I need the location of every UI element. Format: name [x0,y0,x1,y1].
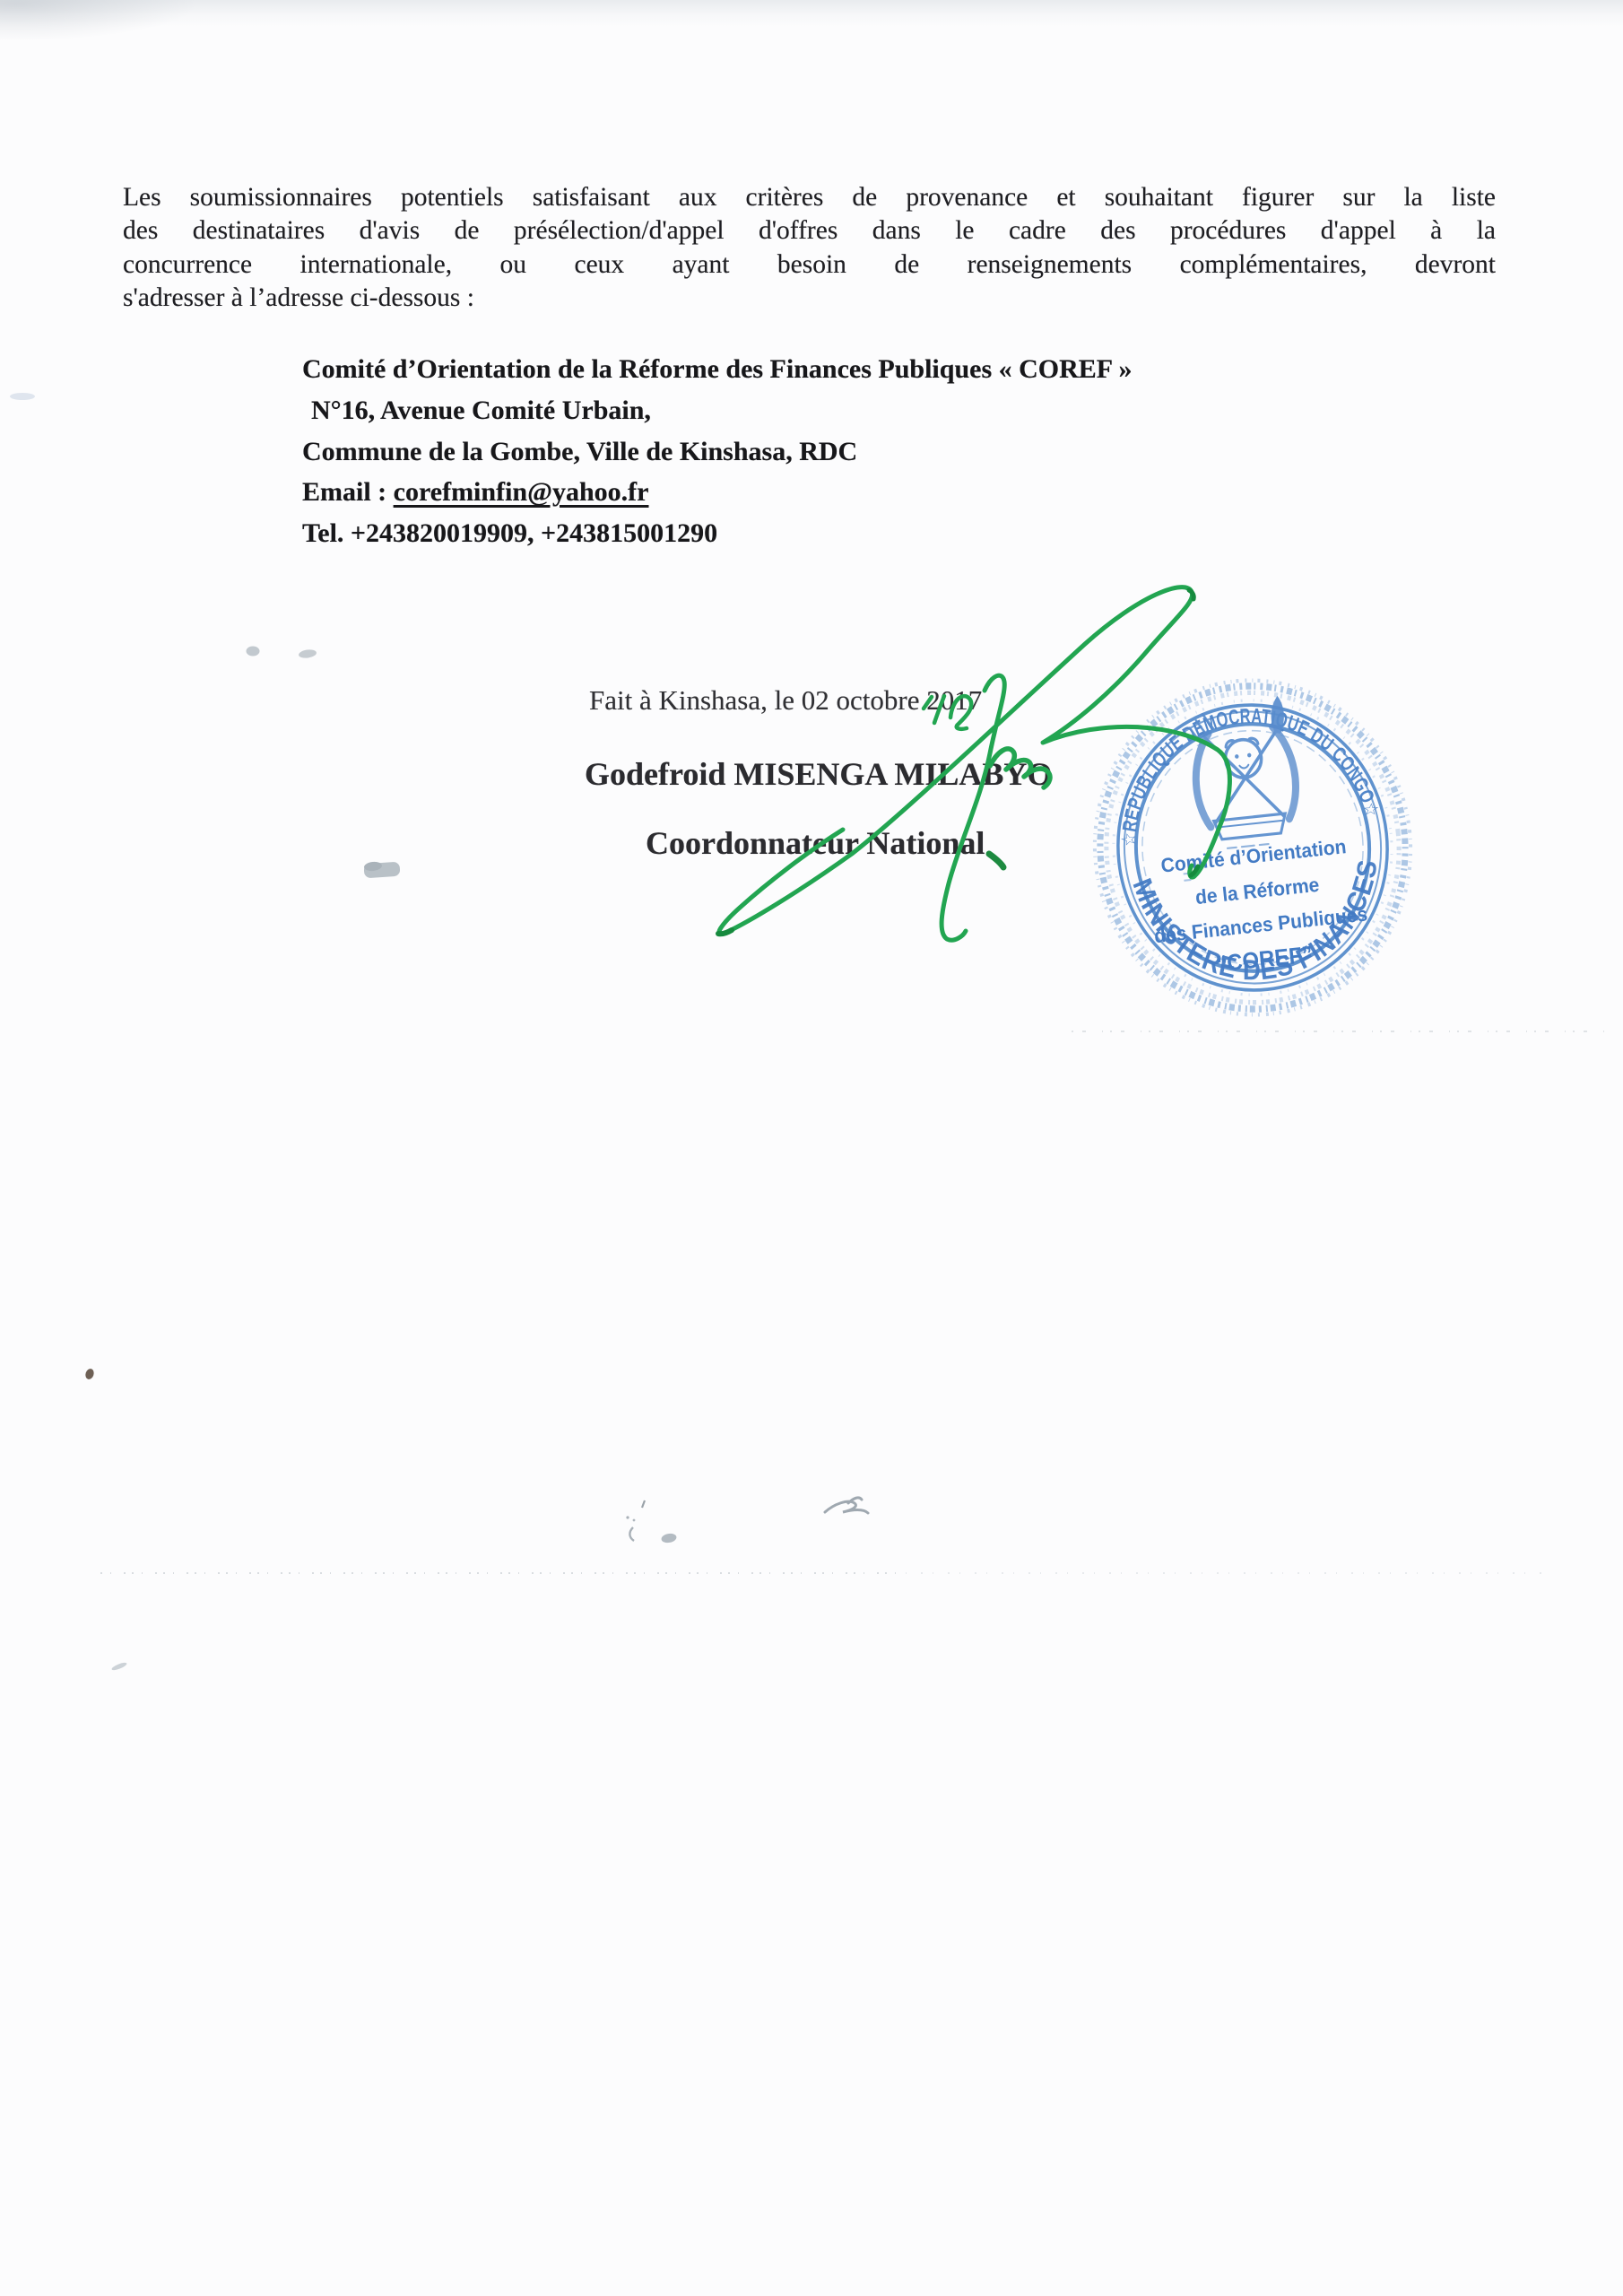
stamp-ink-noise [1099,686,1407,1008]
email-address: corefminfin@yahoo.fr [394,477,649,507]
smudge-blob [363,862,400,879]
speck-dot [626,1516,629,1518]
leopard-eye [1235,754,1239,759]
email-label: Email : [302,477,394,507]
dust-speck [298,648,317,659]
signature-ink-accent [1189,590,1193,599]
stamp-ring-bottom: MINISTERE DES FINANCES [1126,850,1395,999]
leopard-head [1223,738,1263,779]
stamp-ring-bottom-text: MINISTERE DES FINANCES [1126,850,1395,999]
coat-of-arms-emblem [1187,695,1302,851]
stamp-center-line4: “COREF” [1215,943,1314,978]
speck-tick [642,1500,645,1508]
official-stamp: ☆REPUBLIQUE DEMOCRATIQUE DU CONGO☆ MINIS… [1064,650,1441,1045]
address-city: Commune de la Gombe, Ville de Kinshasa, … [302,431,1133,473]
signatory-title: Coordonnateur National [646,824,985,862]
stamp-center-text: Comité d’Orientation de la Réforme des F… [1146,833,1373,984]
stamp-ring-top-text: ☆REPUBLIQUE DEMOCRATIQUE DU CONGO☆ [1103,690,1384,849]
emblem-tusk-right [1272,725,1299,819]
address-street: N°16, Avenue Comité Urbain, [302,390,1133,431]
dust-speck [247,647,260,657]
stamp-graphic: ☆REPUBLIQUE DEMOCRATIQUE DU CONGO☆ MINIS… [1064,650,1441,1045]
address-phone: Tel. +243820019909, +243815001290 [302,513,1133,554]
paragraph-line: des destinataires d'avis de présélection… [123,214,1496,248]
faint-mark [111,1661,128,1672]
emblem-base-line [1218,821,1282,828]
stamp-speckle-ring [1078,665,1427,1031]
leopard-eye [1247,752,1252,757]
intro-paragraph: Les soumissionnaires potentiels satisfai… [123,181,1496,315]
scanned-letter-page: Les soumissionnaires potentiels satisfai… [0,0,1623,2296]
scanner-edge-shadow [0,0,1623,27]
spear-blade [1269,695,1286,735]
scan-artifacts [0,0,1623,2296]
smudge-blob [364,861,383,872]
speck-dot [633,1519,636,1522]
paragraph-line: s'adresser à l’adresse ci-dessous : [123,282,1496,315]
stamp-center-line1: Comité d’Orientation [1159,835,1347,877]
smudge-squiggle [825,1498,868,1513]
address-email-line: Email : corefminfin@yahoo.fr [302,472,1133,513]
faint-smudge [10,393,35,400]
stamp-outer-circle [1104,691,1402,1004]
address-org: Comité d’Orientation de la Réforme des F… [302,349,1133,390]
signature-ink-accent [1191,866,1198,875]
signature-ink-accent [718,930,732,934]
stamp-speckle-ring [1084,671,1421,1024]
stamp-inner-circle-2 [1131,719,1375,975]
emblem-tusk-left [1191,734,1218,828]
stamp-ring-top: ☆REPUBLIQUE DEMOCRATIQUE DU CONGO☆ [1103,690,1384,849]
speck-oval [661,1533,677,1544]
emblem-staff [1205,731,1284,823]
stamp-outer-circle-2 [1111,699,1394,996]
emblem-base [1214,813,1288,839]
handwritten-signature [0,0,1623,2296]
arrow-fletching [1188,713,1214,743]
speck-arc [629,1527,634,1541]
date-line: Fait à Kinshasa, le 02 octobre 2017 [589,684,982,717]
stamp-ink-remnant [1184,873,1195,881]
address-block: Comité d’Orientation de la Réforme des F… [302,349,1133,554]
dark-speck [84,1368,95,1380]
stamp-inner-circle [1124,712,1381,982]
paragraph-line: Les soumissionnaires potentiels satisfai… [123,181,1496,214]
emblem-dashes [1228,844,1269,848]
leopard-muzzle [1239,765,1248,769]
paragraph-line: concurrence internationale, ou ceux ayan… [123,248,1496,282]
leopard-ears [1225,738,1258,747]
stamp-center-line3: des Finances Publiques [1153,902,1368,948]
emblem-staff [1207,730,1286,822]
scanner-corner-smudge [0,0,197,41]
stamp-speckle-ring [1091,678,1414,1017]
signature-pen-blob [989,854,1003,867]
stamp-center-line2: de la Réforme [1194,873,1321,909]
signatory-name: Godefroid MISENGA MILABYO [585,755,1052,793]
